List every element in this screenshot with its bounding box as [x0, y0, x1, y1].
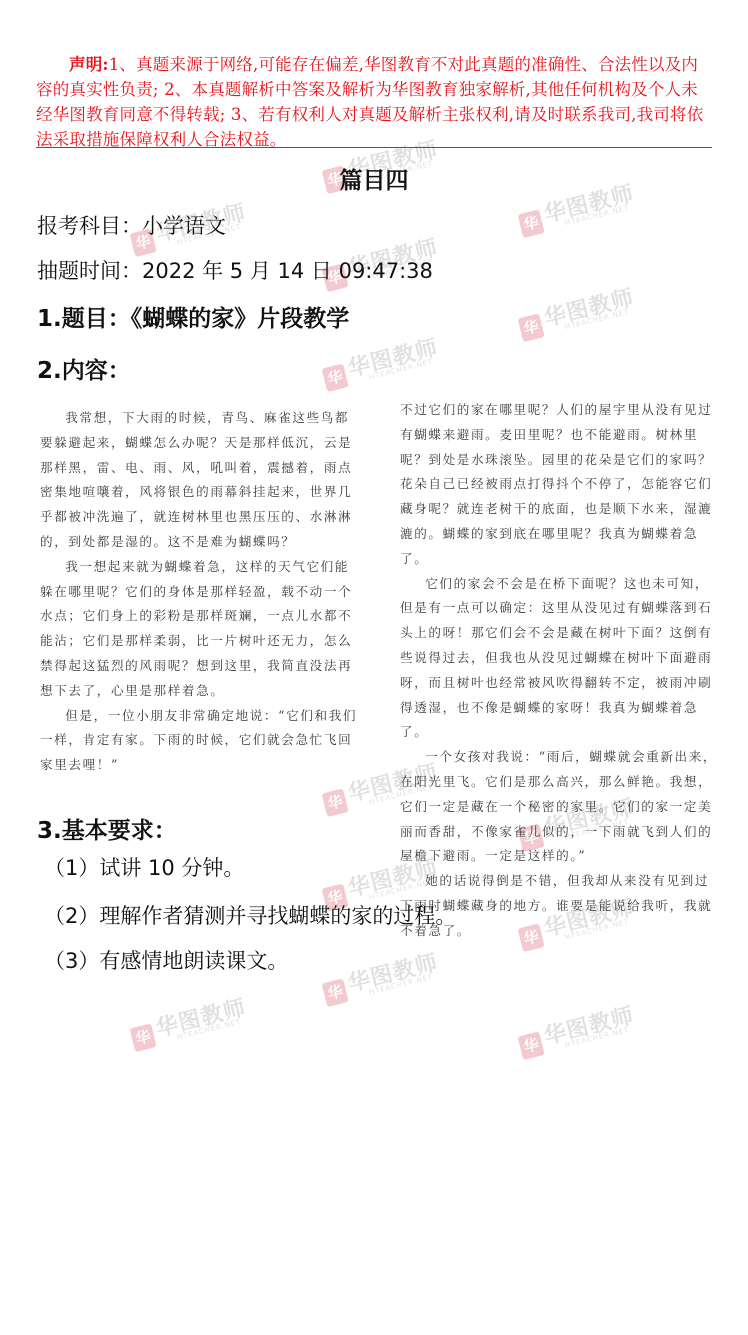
watermark-logo-icon: 华	[130, 1023, 157, 1052]
draw-time: 抽题时间：2022 年 5 月 14 日 09:47:38	[37, 255, 433, 285]
paragraph: 一个女孩对我说：“雨后，蝴蝶就会重新出来，在阳光里飞。它们是那么高兴，那么鲜艳。…	[400, 745, 722, 869]
passage-right-column: 不过它们的家在哪里呢？人们的屋宇里从没有见过有蝴蝶来避雨。麦田里呢？也不能避雨。…	[400, 398, 722, 944]
watermark: 华华图教师HTEACHER.NET	[318, 326, 446, 400]
requirement-item: （1）试讲 10 分钟。	[44, 852, 244, 882]
watermark-logo-icon: 华	[322, 363, 349, 392]
passage-left-column: 我常想，下大雨的时候，青鸟、麻雀这些鸟都要躲避起来，蝴蝶怎么办呢？天是那样低沉，…	[40, 406, 362, 778]
divider	[36, 147, 712, 148]
paragraph: 我一想起来就为蝴蝶着急，这样的天气它们能躲在哪里呢？它们的身体是那样轻盈，载不动…	[40, 555, 362, 704]
paragraph: 我常想，下大雨的时候，青鸟、麻雀这些鸟都要躲避起来，蝴蝶怎么办呢？天是那样低沉，…	[40, 406, 362, 555]
watermark-logo-icon: 华	[322, 978, 349, 1007]
disclaimer: 声明:1、真题来源于网络,可能存在偏差,华图教育不对此真题的准确性、合法性以及内…	[36, 52, 712, 152]
paragraph: 它们的家会不会是在桥下面呢？这也未可知，但是有一点可以确定：这里从没见过有蝴蝶落…	[400, 572, 722, 746]
paragraph: 不过它们的家在哪里呢？人们的屋宇里从没有见过有蝴蝶来避雨。麦田里呢？也不能避雨。…	[400, 398, 722, 572]
watermark: 华华图教师HTEACHER.NET	[318, 941, 446, 1015]
paragraph: 但是，一位小朋友非常确定地说：“它们和我们一样，肯定有家。下雨的时候，它们就会急…	[40, 704, 362, 778]
content-heading: 2.内容：	[37, 352, 131, 385]
watermark-logo-icon: 华	[322, 788, 349, 817]
disclaimer-text: 1、真题来源于网络,可能存在偏差,华图教育不对此真题的准确性、合法性以及内容的真…	[36, 55, 703, 149]
requirement-item: （2）理解作者猜测并寻找蝴蝶的家的过程。	[44, 900, 456, 930]
watermark-logo-icon: 华	[518, 209, 545, 238]
watermark: 华华图教师HTEACHER.NET	[514, 276, 642, 350]
watermark: 华华图教师HTEACHER.NET	[514, 994, 642, 1068]
watermark-logo-icon: 华	[518, 1031, 545, 1060]
requirement-item: （3）有感情地朗读课文。	[44, 945, 288, 975]
watermark: 华华图教师HTEACHER.NET	[126, 986, 254, 1060]
exam-subject: 报考科目：小学语文	[37, 210, 226, 240]
passage-image: 我常想，下大雨的时候，青鸟、麻雀这些鸟都要躲避起来，蝴蝶怎么办呢？天是那样低沉，…	[38, 398, 738, 780]
requirements-heading: 3.基本要求：	[37, 812, 177, 845]
page-title: 篇目四	[0, 162, 748, 195]
topic-heading: 1.题目：《蝴蝶的家》片段教学	[37, 300, 349, 333]
disclaimer-lead: 声明:	[69, 55, 109, 74]
watermark-logo-icon: 华	[518, 313, 545, 342]
